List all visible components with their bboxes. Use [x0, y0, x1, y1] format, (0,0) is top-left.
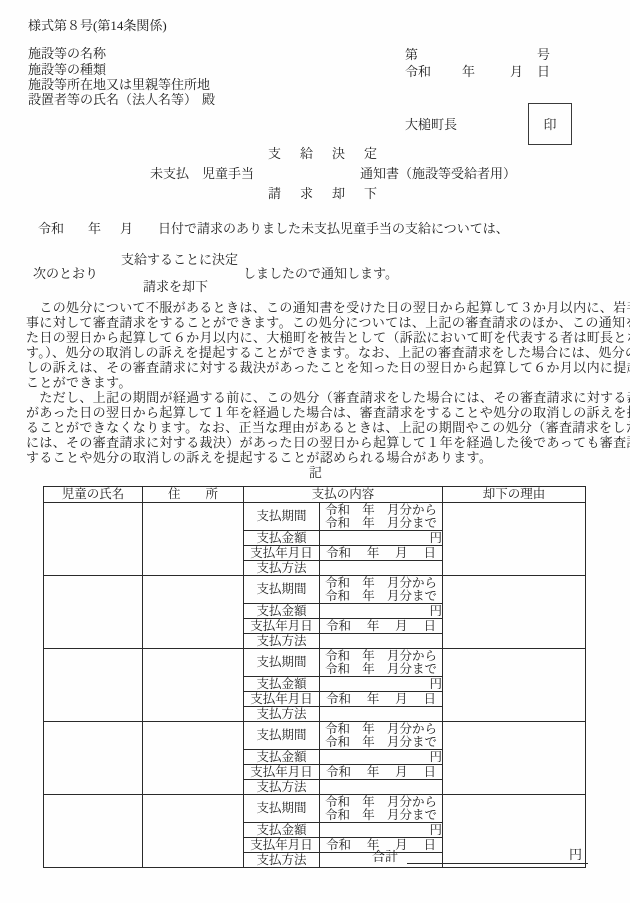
period-to-suffix: 月分まで	[387, 517, 437, 530]
pay-date-label: 支払年月日	[244, 546, 320, 561]
pay-period-label: 支払期間	[244, 649, 320, 677]
period-to-era: 令和	[325, 809, 350, 822]
notify-suffix: しましたので通知します。	[243, 266, 398, 281]
pay-date-label: 支払年月日	[244, 838, 320, 853]
period-from-year: 年	[362, 504, 375, 517]
pay-amount-value: 円	[320, 750, 443, 765]
address-cell	[143, 649, 244, 722]
pay-method-label: 支払方法	[244, 634, 320, 649]
period-from-year: 年	[362, 723, 375, 736]
pay-period-value: 令和 年 月分から 令和 年 月分まで	[320, 576, 443, 604]
option-pay-decided: 支給することに決定	[121, 252, 238, 267]
table-header-row: 児童の氏名 住 所 支払の内容 却下の理由	[44, 487, 586, 503]
total-amount-blank: 円	[407, 847, 588, 864]
child-name-cell	[44, 503, 143, 576]
rejection-reason-cell	[443, 576, 586, 649]
facility-name-label: 施設等の名称	[28, 46, 106, 61]
pay-amount-label: 支払金額	[244, 750, 320, 765]
pay-date-value: 令和 年 月 日	[320, 692, 443, 707]
issue-date-day-label: 日	[537, 64, 550, 79]
pay-date-era: 令和	[326, 766, 351, 779]
period-from-era: 令和	[325, 796, 350, 809]
next-prefix: 次のとおり	[33, 266, 98, 281]
header-child-name: 児童の氏名	[44, 487, 143, 503]
period-from-year: 年	[362, 577, 375, 590]
period-to-year: 年	[362, 809, 375, 822]
period-to-year: 年	[362, 663, 375, 676]
pay-date-label: 支払年月日	[244, 692, 320, 707]
payment-table-body: 児童の氏名 住 所 支払の内容 却下の理由 支払期間 令和 年 月分から 令和 …	[44, 487, 586, 868]
pay-date-year: 年	[367, 547, 380, 560]
pay-amount-label: 支払金額	[244, 677, 320, 692]
pay-date-day: 日	[423, 620, 436, 633]
pay-method-value	[320, 561, 443, 576]
pay-period-value: 令和 年 月分から 令和 年 月分まで	[320, 649, 443, 677]
period-from-era: 令和	[325, 577, 350, 590]
title-right: 通知書（施設等受給者用）	[360, 166, 516, 181]
request-date-rest: 日付で請求のありました未支払児童手当の支給については、	[158, 221, 509, 236]
header-payment-content: 支払の内容	[244, 487, 443, 503]
period-to-year: 年	[362, 736, 375, 749]
form-number: 様式第８号(第14条関係)	[28, 18, 167, 33]
legal-line: この処分について不服があるときは、この通知書を受けた日の翌日から起算して３か月以…	[26, 300, 606, 315]
pay-date-year: 年	[367, 766, 380, 779]
doc-number-suffix: 号	[537, 47, 550, 62]
legal-text: この処分について不服があるときは、この通知書を受けた日の翌日から起算して３か月以…	[26, 300, 606, 465]
address-cell	[143, 576, 244, 649]
header-rejection-reason: 却下の理由	[443, 487, 586, 503]
period-to-era: 令和	[325, 590, 350, 603]
facility-type-label: 施設等の種類	[28, 62, 106, 77]
legal-line: た日の翌日から起算して６か月以内に、大槌町を被告として（訴訟において町を代表する…	[26, 330, 606, 345]
rejection-reason-cell	[443, 503, 586, 576]
pay-date-era: 令和	[326, 620, 351, 633]
pay-date-day: 日	[423, 766, 436, 779]
pay-date-value: 令和 年 月 日	[320, 619, 443, 634]
pay-amount-value: 円	[320, 677, 443, 692]
pay-date-year: 年	[367, 620, 380, 633]
period-from-year: 年	[362, 796, 375, 809]
pay-amount-value: 円	[320, 531, 443, 546]
pay-date-value: 令和 年 月 日	[320, 546, 443, 561]
pay-date-month: 月	[395, 693, 408, 706]
pay-amount-value: 円	[320, 604, 443, 619]
pay-period-from: 令和 年 月分から	[320, 504, 442, 517]
pay-period-to: 令和 年 月分まで	[320, 809, 442, 822]
pay-period-label: 支払期間	[244, 795, 320, 823]
pay-method-value	[320, 634, 443, 649]
seal-mark: 印	[543, 117, 556, 132]
address-cell	[143, 722, 244, 795]
period-from-era: 令和	[325, 504, 350, 517]
total-label: 合計	[372, 849, 398, 864]
pay-method-value	[320, 707, 443, 722]
pay-period-from: 令和 年 月分から	[320, 796, 442, 809]
pay-period-label: 支払期間	[244, 576, 320, 604]
request-date-era: 令和	[38, 221, 64, 236]
period-from-era: 令和	[325, 650, 350, 663]
period-to-suffix: 月分まで	[387, 809, 437, 822]
honorific: 殿	[202, 92, 215, 107]
option-request-rejected: 請求を却下	[143, 279, 208, 294]
form-page: 様式第８号(第14条関係) 施設等の名称 施設等の種類 施設等所在地又は里親等住…	[0, 0, 630, 903]
title-option-rejection: 請求却下	[268, 186, 396, 201]
period-to-year: 年	[362, 517, 375, 530]
pay-date-day: 日	[423, 547, 436, 560]
pay-method-label: 支払方法	[244, 853, 320, 868]
issue-date-era: 令和	[405, 64, 431, 79]
period-from-suffix: 月分から	[387, 504, 437, 517]
total-row: 合計 円	[372, 847, 588, 864]
period-to-era: 令和	[325, 663, 350, 676]
pay-period-value: 令和 年 月分から 令和 年 月分まで	[320, 722, 443, 750]
title-left: 未支払 児童手当	[150, 166, 254, 181]
pay-period-to: 令和 年 月分まで	[320, 663, 442, 676]
pay-date-label: 支払年月日	[244, 765, 320, 780]
table-row: 支払期間 令和 年 月分から 令和 年 月分まで	[44, 503, 586, 531]
payment-table: 児童の氏名 住 所 支払の内容 却下の理由 支払期間 令和 年 月分から 令和 …	[43, 486, 586, 868]
pay-period-label: 支払期間	[244, 722, 320, 750]
pay-method-value	[320, 780, 443, 795]
pay-period-from: 令和 年 月分から	[320, 723, 442, 736]
legal-line: しの訴えは、その審査請求に対する裁決があったことを知った日の翌日から起算して６か…	[26, 360, 606, 375]
pay-date-value: 令和 年 月 日	[320, 765, 443, 780]
pay-method-label: 支払方法	[244, 561, 320, 576]
rejection-reason-cell	[443, 722, 586, 795]
period-from-era: 令和	[325, 723, 350, 736]
pay-date-month: 月	[395, 547, 408, 560]
period-to-era: 令和	[325, 736, 350, 749]
pay-method-label: 支払方法	[244, 707, 320, 722]
pay-period-to: 令和 年 月分まで	[320, 590, 442, 603]
period-from-suffix: 月分から	[387, 577, 437, 590]
pay-period-value: 令和 年 月分から 令和 年 月分まで	[320, 795, 443, 823]
table-row: 支払期間 令和 年 月分から 令和 年 月分まで	[44, 795, 586, 823]
header-address: 住 所	[143, 487, 244, 503]
doc-number-prefix: 第	[405, 47, 418, 62]
pay-date-era: 令和	[326, 839, 351, 852]
pay-date-month: 月	[395, 620, 408, 633]
request-date-year-label: 年	[88, 221, 101, 236]
pay-period-to: 令和 年 月分まで	[320, 517, 442, 530]
period-from-suffix: 月分から	[387, 723, 437, 736]
issue-date-month-label: 月	[510, 64, 523, 79]
title-option-decision: 支給決定	[268, 146, 396, 161]
seal-box: 印	[528, 103, 572, 145]
table-row: 支払期間 令和 年 月分から 令和 年 月分まで	[44, 649, 586, 677]
pay-date-month: 月	[395, 766, 408, 779]
address-cell	[143, 795, 244, 868]
pay-date-day: 日	[423, 693, 436, 706]
legal-line: することや処分の取消しの訴えを提起することが認められる場合があります。	[26, 450, 606, 465]
child-name-cell	[44, 795, 143, 868]
legal-line: があった日の翌日から起算して１年を経過した場合は、審査請求をすることや処分の取消…	[26, 405, 606, 420]
legal-line: ことができます。	[26, 375, 606, 390]
pay-period-from: 令和 年 月分から	[320, 577, 442, 590]
pay-date-era: 令和	[326, 693, 351, 706]
legal-line: す。）、処分の取消しの訴えを提起することができます。なお、上記の審査請求をした場…	[26, 345, 606, 360]
founder-name-label: 設置者等の氏名（法人名等）	[28, 92, 197, 107]
pay-period-label: 支払期間	[244, 503, 320, 531]
pay-period-from: 令和 年 月分から	[320, 650, 442, 663]
pay-amount-label: 支払金額	[244, 604, 320, 619]
pay-amount-value: 円	[320, 823, 443, 838]
child-name-cell	[44, 576, 143, 649]
table-row: 支払期間 令和 年 月分から 令和 年 月分まで	[44, 576, 586, 604]
request-date-month-label: 月	[120, 221, 133, 236]
period-to-suffix: 月分まで	[387, 663, 437, 676]
pay-date-label: 支払年月日	[244, 619, 320, 634]
legal-line: には、その審査請求に対する裁決）があった日の翌日から起算して１年を経過した後であ…	[26, 435, 606, 450]
issue-date-year-label: 年	[462, 64, 475, 79]
legal-line: ることができなくなります。なお、正当な理由があるときは、上記の期間やこの処分（審…	[26, 420, 606, 435]
rejection-reason-cell	[443, 649, 586, 722]
facility-address-label: 施設等所在地又は里親等住所地	[28, 77, 210, 92]
pay-period-value: 令和 年 月分から 令和 年 月分まで	[320, 503, 443, 531]
table-row: 支払期間 令和 年 月分から 令和 年 月分まで	[44, 722, 586, 750]
period-to-era: 令和	[325, 517, 350, 530]
child-name-cell	[44, 649, 143, 722]
ki-heading: 記	[309, 465, 322, 480]
period-from-year: 年	[362, 650, 375, 663]
legal-line: 事に対して審査請求をすることができます。この処分については、上記の審査請求のほか…	[26, 315, 606, 330]
period-to-suffix: 月分まで	[387, 590, 437, 603]
address-cell	[143, 503, 244, 576]
mayor-name: 大槌町長	[405, 117, 457, 132]
pay-amount-label: 支払金額	[244, 531, 320, 546]
legal-line: ただし、上記の期間が経過する前に、この処分（審査請求をした場合には、その審査請求…	[26, 390, 606, 405]
pay-method-label: 支払方法	[244, 780, 320, 795]
pay-date-era: 令和	[326, 547, 351, 560]
total-unit: 円	[569, 847, 582, 862]
period-from-suffix: 月分から	[387, 650, 437, 663]
pay-date-year: 年	[367, 693, 380, 706]
pay-amount-label: 支払金額	[244, 823, 320, 838]
child-name-cell	[44, 722, 143, 795]
pay-period-to: 令和 年 月分まで	[320, 736, 442, 749]
period-from-suffix: 月分から	[387, 796, 437, 809]
period-to-suffix: 月分まで	[387, 736, 437, 749]
period-to-year: 年	[362, 590, 375, 603]
